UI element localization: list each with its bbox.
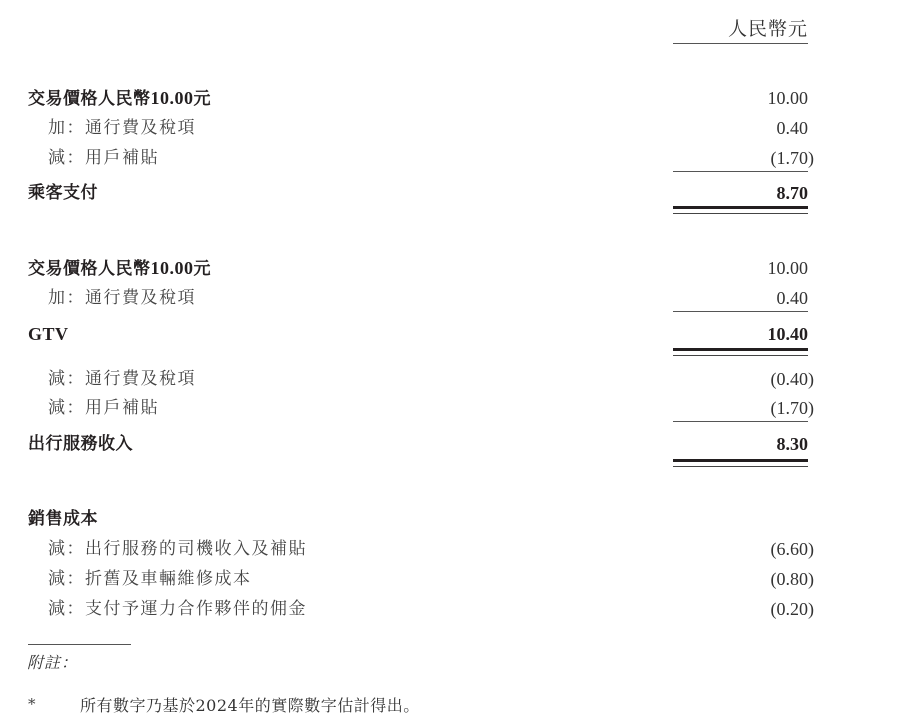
footnote-text: 所有數字乃基於2024年的實際數字估計得出。 <box>80 693 420 716</box>
row-value-passenger-payment: 8.70 <box>673 182 808 204</box>
row-value-less-user-subsidy: (1.70) <box>673 397 808 419</box>
row-label-less-user-subsidy: 減：用戶補貼 <box>48 397 159 419</box>
total-double-rule <box>673 459 808 467</box>
total-double-rule <box>673 348 808 356</box>
row-label-transaction-price: 交易價格人民幣10.00元 <box>28 87 211 110</box>
row-value-transaction-price: 10.00 <box>673 87 808 109</box>
section-title-cost-of-sales: 銷售成本 <box>28 508 98 530</box>
subtotal-rule <box>673 171 808 172</box>
row-label-add-tolls-taxes: 加：通行費及稅項 <box>48 117 196 139</box>
total-double-rule <box>673 206 808 214</box>
row-label-gtv: GTV <box>28 323 69 346</box>
row-value-driver-income: (6.60) <box>673 538 808 560</box>
row-label-less-tolls-taxes: 減：通行費及稅項 <box>48 368 196 390</box>
row-label-less-user-subsidy: 減：用戶補貼 <box>48 147 159 169</box>
row-value-gtv: 10.40 <box>673 323 808 345</box>
footnote-marker: * <box>28 695 36 713</box>
row-label-partner-commission: 減：支付予運力合作夥伴的佣金 <box>48 598 307 620</box>
row-value-transaction-price: 10.00 <box>673 257 808 279</box>
row-value-depreciation-maintenance: (0.80) <box>673 568 808 590</box>
row-label-mobility-revenue: 出行服務收入 <box>28 433 133 455</box>
row-label-passenger-payment: 乘客支付 <box>28 182 98 204</box>
column-header-underline <box>673 43 808 44</box>
row-value-mobility-revenue: 8.30 <box>673 433 808 455</box>
row-label-transaction-price: 交易價格人民幣10.00元 <box>28 257 211 280</box>
row-value-add-tolls-taxes: 0.40 <box>673 287 808 309</box>
footnote-heading: 附註： <box>27 650 78 673</box>
row-label-driver-income: 減：出行服務的司機收入及補貼 <box>48 538 307 560</box>
row-value-less-tolls-taxes: (0.40) <box>673 368 808 390</box>
row-label-add-tolls-taxes: 加：通行費及稅項 <box>48 287 196 309</box>
row-value-partner-commission: (0.20) <box>673 598 808 620</box>
row-label-depreciation-maintenance: 減：折舊及車輛維修成本 <box>48 568 252 590</box>
subtotal-rule <box>673 421 808 422</box>
footnote-separator <box>28 644 131 645</box>
row-value-add-tolls-taxes: 0.40 <box>673 117 808 139</box>
currency-column-header: 人民幣元 <box>673 14 808 41</box>
row-value-less-user-subsidy: (1.70) <box>673 147 808 169</box>
subtotal-rule <box>673 311 808 312</box>
